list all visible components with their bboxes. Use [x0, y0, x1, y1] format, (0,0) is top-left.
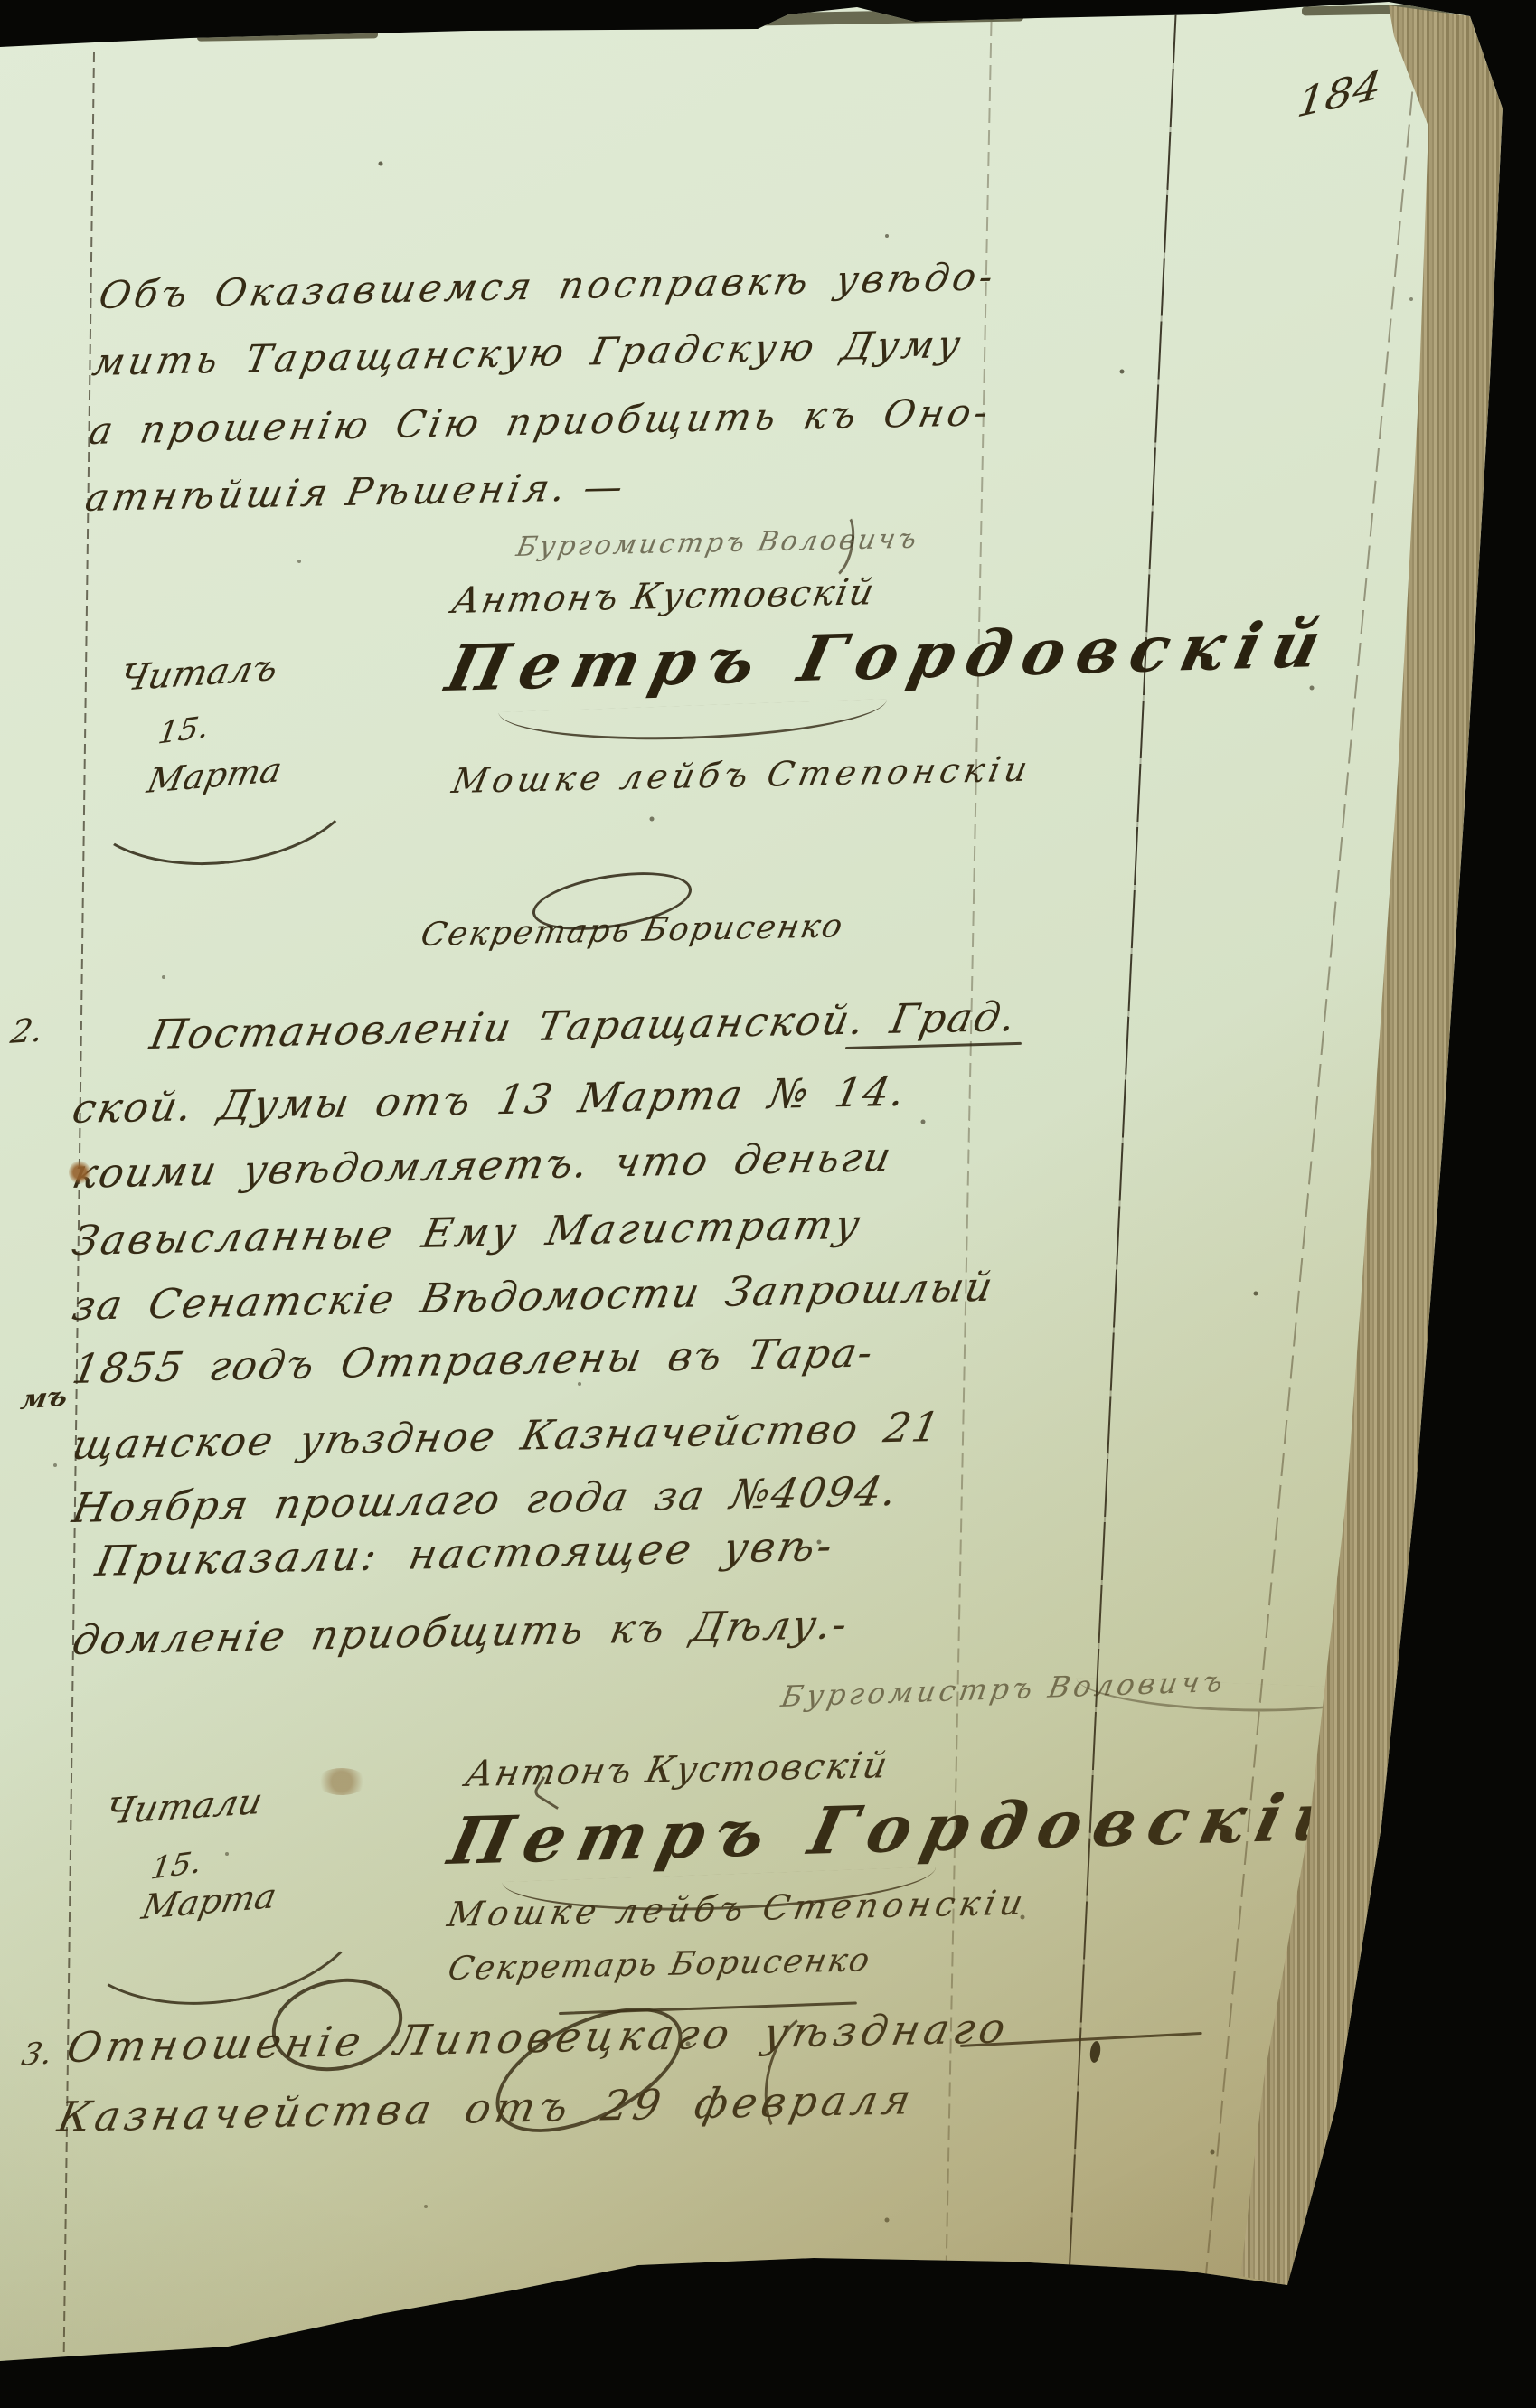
ink-blot: [1088, 2040, 1101, 2063]
entry2-line-5: за Сенатскіе Вѣдомости Запрошлый: [69, 1263, 998, 1330]
entry1-line-4: атнѣйшія Рѣшенія. —: [82, 465, 630, 520]
entry2-line-9: Приказали: настоящее увѣ-: [92, 1521, 839, 1585]
entry1-line-2: мить Таращанскую Градскую Думу: [90, 322, 968, 384]
entry1-line-1: Объ Оказавшемся посправкѣ увѣдо-: [96, 254, 1001, 317]
top-edge-debris-1: [197, 29, 378, 41]
signature-steponsky-1: Мошке лейбъ Степонскіи: [449, 749, 1036, 801]
entry2-number: 2.: [8, 1012, 46, 1051]
signature-secretary-2: Секретарь Борисенко: [445, 1942, 874, 1988]
left-margin-rule: [63, 52, 95, 2356]
gordovsky-underline-1: [498, 699, 888, 746]
signature-kustovsky-2: Антонъ Кустовскій: [462, 1745, 892, 1795]
top-edge-debris-2: [752, 8, 1023, 25]
entry1-line-3: а прошенію Сію приобщить къ Оно-: [86, 390, 995, 453]
page-number: 184: [1295, 61, 1384, 127]
entry3-line-1: Отношеніе Липовецкаго уѣзднаго: [63, 2003, 1014, 2072]
entry2-margin-annotation: мъ: [18, 1381, 70, 1416]
entry2-line-7: щанское уѣздное Казначейство 21: [69, 1403, 945, 1469]
entry2-line-1: Постановленіи Таращанской. Град.: [146, 992, 1022, 1058]
margin-note1-word: Читалъ: [116, 647, 282, 700]
signature-burgomistr-1: Бургомистръ Воловичъ: [514, 523, 921, 563]
signature-gordovsky-1: Петръ Гордовскій: [440, 607, 1339, 706]
entry2-line-3: коими увѣдомляетъ. что деньги: [69, 1133, 897, 1198]
entry2-line-4: Завысланные Ему Магистрату: [69, 1200, 867, 1265]
entry2-line-2: ской. Думы отъ 13 Марта № 14.: [69, 1068, 910, 1133]
margin-note1-flourish: [70, 691, 371, 879]
manuscript-page: 184 Объ Оказавшемся посправкѣ увѣдо- мит…: [0, 0, 1536, 2408]
paper-smudge: [316, 1768, 367, 1795]
scanned-manuscript-photo: 184 Объ Оказавшемся посправкѣ увѣдо- мит…: [0, 0, 1536, 2408]
dust-speckles: [0, 0, 2, 2]
signature-kustovsky-1: Антонъ Кустовскій: [448, 571, 879, 622]
entry2-line-6: 1855 годъ Отправлены въ Тара-: [69, 1329, 879, 1393]
entry2-line-10: домленіе приобщить къ Дѣлу.-: [69, 1600, 853, 1664]
right-column-rule: [1066, 5, 1177, 2326]
entry3-number: 3.: [19, 2036, 55, 2074]
